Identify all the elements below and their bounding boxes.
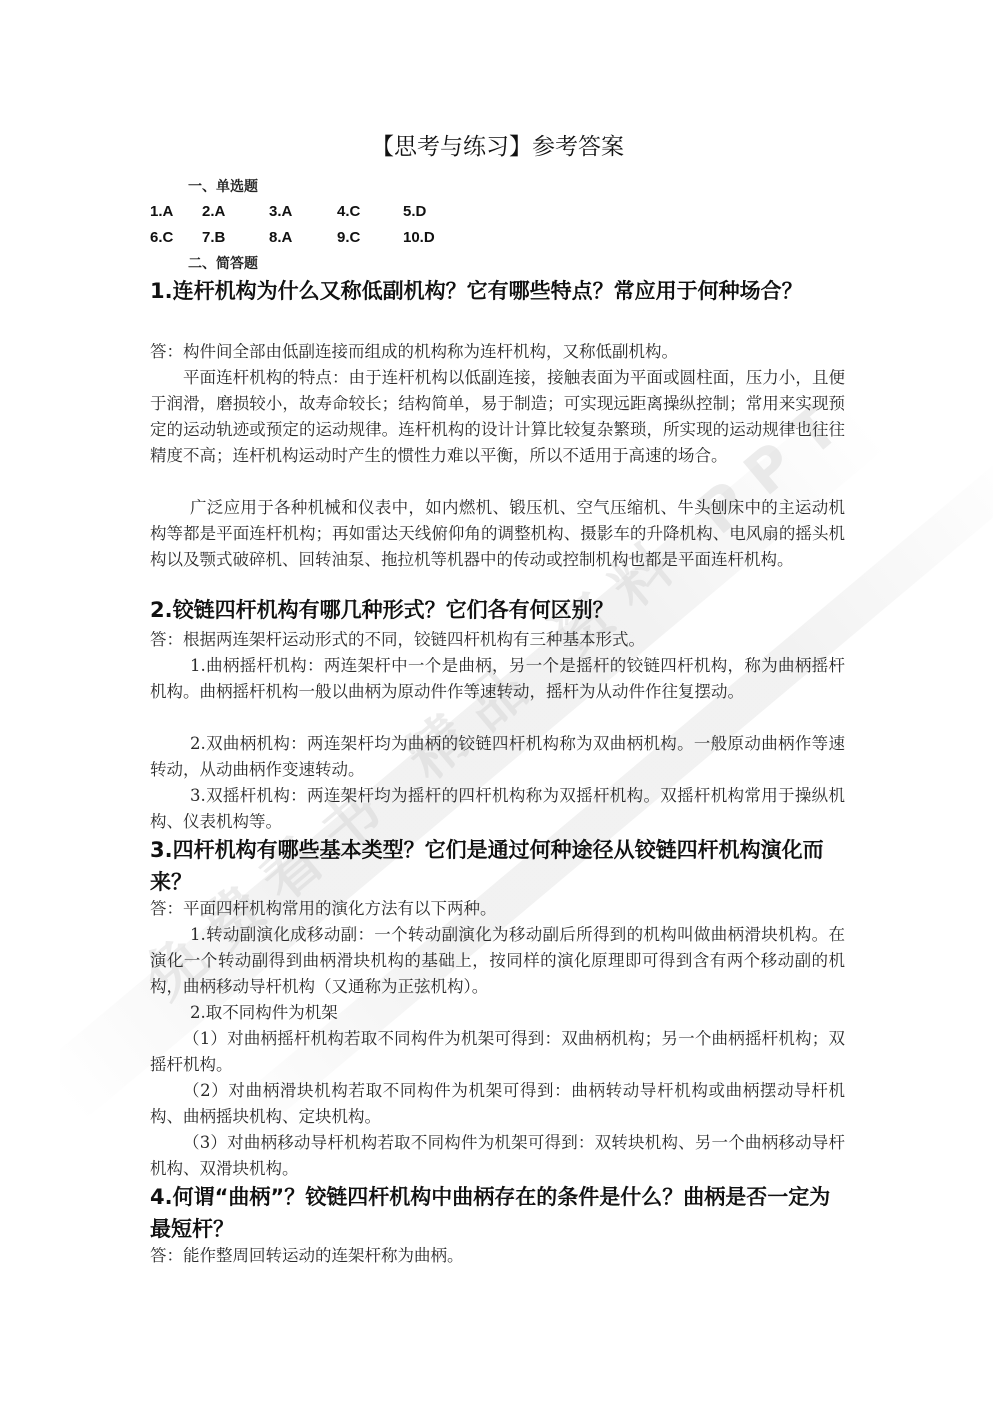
answer-item: 7.B bbox=[202, 229, 225, 246]
question-heading: 2.铰链四杆机构有哪几种形式？它们各有何区别？ bbox=[150, 594, 845, 626]
answer-paragraph: 2.双曲柄机构：两连架杆均为曲柄的铰链四杆机构称为双曲柄机构。一般原动曲柄作等速… bbox=[150, 731, 845, 783]
question-heading: 3.四杆机构有哪些基本类型？它们是通过何种途径从铰链四杆机构演化而来？ bbox=[150, 834, 845, 898]
section-heading-single-choice: 一、单选题 bbox=[188, 176, 258, 196]
answer-item: 8.A bbox=[269, 229, 292, 246]
answer-item: 9.C bbox=[337, 229, 360, 246]
answer-paragraph: 1.曲柄摇杆机构：两连架杆中一个是曲柄，另一个是摇杆的铰链四杆机构，称为曲柄摇杆… bbox=[150, 653, 845, 705]
answer-paragraph: 答：能作整周回转运动的连架杆称为曲柄。 bbox=[150, 1243, 845, 1269]
answer-paragraph: 广泛应用于各种机械和仪表中，如内燃机、锻压机、空气压缩机、牛头刨床中的主运动机构… bbox=[150, 495, 845, 573]
answer-paragraph: （1）对曲柄摇杆机构若取不同构件为机架可得到：双曲柄机构；另一个曲柄摇杆机构；双… bbox=[150, 1026, 845, 1078]
question-heading: 4.何谓“曲柄”？铰链四杆机构中曲柄存在的条件是什么？曲柄是否一定为最短杆？ bbox=[150, 1181, 845, 1245]
answer-paragraph: 2.取不同构件为机架 bbox=[150, 1000, 845, 1026]
answer-item: 1.A bbox=[150, 203, 173, 220]
answer-item: 10.D bbox=[403, 229, 435, 246]
question-heading: 1.连杆机构为什么又称低副机构？它有哪些特点？常应用于何种场合？ bbox=[150, 275, 845, 307]
answer-item: 3.A bbox=[269, 203, 292, 220]
answer-item: 5.D bbox=[403, 203, 426, 220]
answer-paragraph: （3）对曲柄移动导杆机构若取不同构件为机架可得到：双转块机构、另一个曲柄移动导杆… bbox=[150, 1130, 845, 1182]
answer-item: 4.C bbox=[337, 203, 360, 220]
document-page: 免费看书 精品 资料 PPT 【思考与练习】参考答案 一、单选题 1.A 2.A… bbox=[0, 0, 993, 1404]
answer-paragraph: （2）对曲柄滑块机构若取不同构件为机架可得到：曲柄转动导杆机构或曲柄摆动导杆机构… bbox=[150, 1078, 845, 1130]
page-title: 【思考与练习】参考答案 bbox=[150, 128, 845, 161]
answer-paragraph: 答：平面四杆机构常用的演化方法有以下两种。 bbox=[150, 896, 845, 922]
answer-paragraph: 3.双摇杆机构：两连架杆均为摇杆的四杆机构称为双摇杆机构。双摇杆机构常用于操纵机… bbox=[150, 783, 845, 835]
answer-paragraph: 平面连杆机构的特点：由于连杆机构以低副连接，接触表面为平面或圆柱面，压力小，且便… bbox=[150, 365, 845, 469]
answer-item: 6.C bbox=[150, 229, 173, 246]
answer-paragraph: 答：构件间全部由低副连接而组成的机构称为连杆机构，又称低副机构。 bbox=[150, 339, 845, 365]
answer-paragraph: 1.转动副演化成移动副：一个转动副演化为移动副后所得到的机构叫做曲柄滑块机构。在… bbox=[150, 922, 845, 1000]
section-heading-short-answer: 二、简答题 bbox=[188, 253, 258, 273]
answer-item: 2.A bbox=[202, 203, 225, 220]
answer-paragraph: 答：根据两连架杆运动形式的不同，铰链四杆机构有三种基本形式。 bbox=[150, 627, 845, 653]
